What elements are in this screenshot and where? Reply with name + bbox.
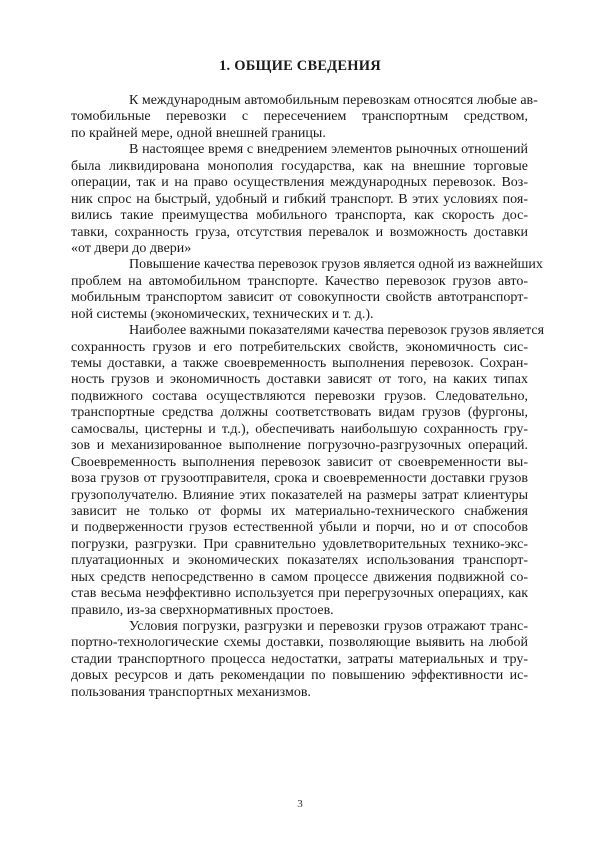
text-line: Наиболее важными показателями качества п… <box>71 323 528 339</box>
text-line: В настоящее время с внедрением элементов… <box>71 142 528 158</box>
text-line: сохранность грузов и его потребительских… <box>71 340 528 356</box>
text-line: была ликвидирована монополия государства… <box>71 159 528 175</box>
page-number: 3 <box>0 798 600 810</box>
text-line: томобильные перевозки с пересечением тра… <box>71 109 528 125</box>
text-line: Условия погрузки, разгрузки и перевозки … <box>71 619 528 635</box>
text-line: проблем на автомобильном транспорте. Кач… <box>71 274 528 290</box>
text-line: правило, из-за сверхнормативных простоев… <box>71 603 528 619</box>
text-line: Повышение качества перевозок грузов явля… <box>71 257 528 273</box>
text-line: по крайней мере, одной внешней границы. <box>71 126 528 142</box>
text-line: зов и механизированное выполнение погруз… <box>71 438 528 454</box>
text-line: операции, так и на право осуществления м… <box>71 175 528 191</box>
text-line: подвижного состава осуществляются перево… <box>71 389 528 405</box>
text-line: самосвалы, цистерны и т.д.), обеспечиват… <box>71 422 528 438</box>
paragraph-5: Условия погрузки, разгрузки и перевозки … <box>71 619 528 701</box>
text-line: довых ресурсов и дать рекомендации по по… <box>71 668 528 684</box>
paragraph-1: К международным автомобильным перевозкам… <box>71 93 528 142</box>
text-line: тавки, сохранность груза, отсутствия пер… <box>71 225 528 241</box>
text-line: ной системы (экономических, технических … <box>71 307 528 323</box>
text-line: темы доставки, а также своевременность в… <box>71 356 528 372</box>
text-line: К международным автомобильным перевозкам… <box>71 93 528 109</box>
text-line: ных средств непосредственно в самом проц… <box>71 570 528 586</box>
text-line: зависит не только от формы их материальн… <box>71 504 528 520</box>
text-line: мобильным транспортом зависит от совокуп… <box>71 290 528 306</box>
text-line: став весьма неэффективно используется пр… <box>71 586 528 602</box>
text-line: Своевременность выполнения перевозок зав… <box>71 455 528 471</box>
text-line: погрузки, разгрузки. При сравнительно уд… <box>71 537 528 553</box>
document-page: 1. ОБЩИЕ СВЕДЕНИЯ К международным автомо… <box>0 0 600 849</box>
text-line: стадии транспортного процесса недостатки… <box>71 652 528 668</box>
section-title: 1. ОБЩИЕ СВЕДЕНИЯ <box>0 58 600 75</box>
text-line: плуатационных и экономических показателя… <box>71 553 528 569</box>
text-line: и подверженности грузов естественной убы… <box>71 520 528 536</box>
paragraph-3: Повышение качества перевозок грузов явля… <box>71 257 528 323</box>
paragraph-2: В настоящее время с внедрением элементов… <box>71 142 528 257</box>
text-line: ник спрос на быстрый, удобный и гибкий т… <box>71 192 528 208</box>
text-line: «от двери до двери» <box>71 241 528 257</box>
text-line: пользования транспортных механизмов. <box>71 685 528 701</box>
text-line: грузополучателю. Влияние этих показателе… <box>71 488 528 504</box>
text-line: ность грузов и экономичность доставки за… <box>71 372 528 388</box>
text-line: вились такие преимущества мобильного тра… <box>71 208 528 224</box>
text-line: воза грузов от грузоотправителя, срока и… <box>71 471 528 487</box>
body-text: К международным автомобильным перевозкам… <box>71 93 528 701</box>
text-line: портно-технологические схемы доставки, п… <box>71 635 528 651</box>
text-line: транспортные средства должны соответство… <box>71 405 528 421</box>
paragraph-4: Наиболее важными показателями качества п… <box>71 323 528 619</box>
